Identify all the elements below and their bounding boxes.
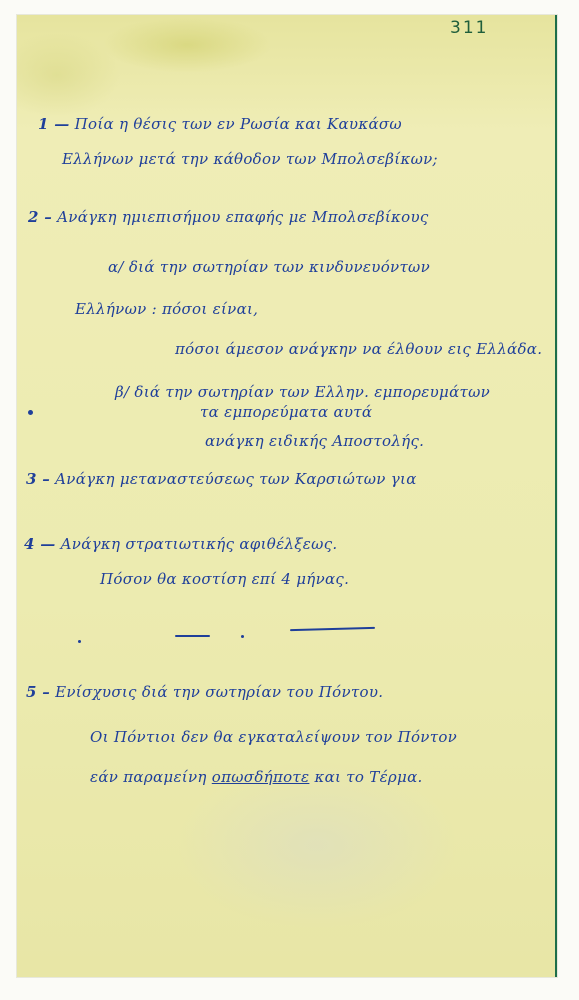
item-2-line-2: α/ διά την σωτηρίαν των κινδυνευόντων [108,258,430,276]
item-2-line-5: β/ διά την σωτηρίαν των Ελλην. εμπορευμά… [115,383,490,401]
item-4-line-1: 4 — Ανάγκη στρατιωτικής αφιθέλξεως. [24,535,337,553]
item-3-line-1: 3 – Ανάγκη μεταναστεύσεως των Καρσιώτων … [26,470,417,488]
item-5-line-2: Οι Πόντιοι δεν θα εγκαταλείψουν τον Πόντ… [90,728,457,746]
item-2-line-7: ανάγκη ειδικής Αποστολής. [205,432,424,450]
item-number: 5 – [26,683,50,701]
item-4-line-2: Πόσον θα κοστίση επί 4 μήνας. [100,570,349,588]
item-5-line-1: 5 – Ενίσχυσις διά την σωτηρίαν του Πόντο… [26,683,383,701]
item-1-line-1: 1 — Ποία η θέσις των εν Ρωσία και Καυκάσ… [38,115,402,133]
item-2-line-6: τα εμπορεύματα αυτά [200,403,372,421]
item-number: 1 — [38,115,70,133]
separator-dash [175,635,210,637]
item-1-line-2: Ελλήνων μετά την κάθοδον των Μπολσεβίκων… [62,150,438,168]
item-2-line-1: 2 – Ανάγκη ημιεπισήμου επαφής με Μπολσεβ… [28,208,429,226]
item-5-line-3: εάν παραμείνη οπωσδήποτε και το Τέρμα. [90,768,423,786]
item-number: 3 – [26,470,50,488]
separator-dot [78,640,81,643]
item-number: 4 — [24,535,56,553]
separator-dot [241,635,244,638]
ink-mark [28,410,33,415]
item-2-line-4: πόσοι άμεσον ανάγκην να έλθουν εις Ελλάδ… [175,340,542,358]
item-2-line-3: Ελλήνων : πόσοι είναι, [75,300,258,318]
underlined-word: οπωσδήποτε [212,768,310,786]
item-number: 2 – [28,208,52,226]
page-number: 311 [450,18,488,38]
